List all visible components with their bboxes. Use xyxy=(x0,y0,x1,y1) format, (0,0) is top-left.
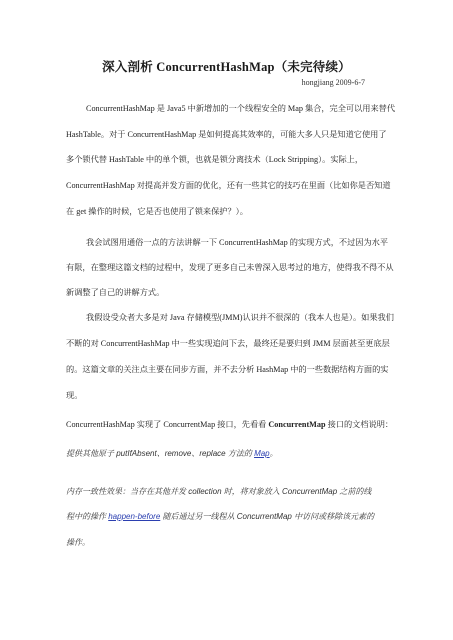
paragraph-2-line-1: 我会试图用通俗一点的方法讲解一下 ConcurrentHashMap 的实现方式… xyxy=(86,237,408,249)
paragraph-3-line-1: 我假设受众者大多是对 Java 存储模型(JMM)认识并不很深的（我本人也是）。… xyxy=(86,312,408,324)
quote-2-suffix: 随后通过另一线程从 ConcurrentMap 中访问或移除该元素的 xyxy=(160,512,374,521)
paragraph-3-line-4: 现。 xyxy=(66,390,388,402)
quote-1-text: 提供其他原子 putIfAbsent、remove、replace 方法的 xyxy=(66,449,254,458)
interface-intro-prefix: ConcurrentHashMap 实现了 ConcurrentMap 接口，先… xyxy=(66,420,268,429)
paragraph-2-line-3: 新调整了自己的讲解方式。 xyxy=(66,287,388,299)
quote-2-prefix: 程中的操作 xyxy=(66,512,108,521)
document-title: 深入剖析 ConcurrentHashMap（未完待续） xyxy=(0,57,453,75)
quote-1: 提供其他原子 putIfAbsent、remove、replace 方法的 Ma… xyxy=(66,448,388,460)
interface-intro: ConcurrentHashMap 实现了 ConcurrentMap 接口，先… xyxy=(66,419,388,431)
happen-before-link[interactable]: happen-before xyxy=(108,512,160,521)
paragraph-1-line-2: HashTable。对于 ConcurrentHashMap 是如何提高其效率的… xyxy=(66,129,388,141)
paragraph-1-line-4: ConcurrentHashMap 对提高并发方面的优化，还有一些其它的技巧在里… xyxy=(66,180,388,192)
document-page: 深入剖析 ConcurrentHashMap（未完待续） hongjiang 2… xyxy=(0,0,453,640)
paragraph-1-line-1: ConcurrentHashMap 是 Java5 中新增加的一个线程安全的 M… xyxy=(86,103,408,115)
paragraph-1-line-5: 在 get 操作的时候，它是否也使用了锁来保护？）。 xyxy=(66,206,388,218)
paragraph-1-line-3: 多个锁代替 HashTable 中的单个锁，也就是锁分离技术（Lock Stri… xyxy=(66,154,388,166)
paragraph-3-line-2: 不断的对 ConcurrentHashMap 中一些实现追问下去，最终还是要归到… xyxy=(66,338,388,350)
interface-intro-suffix: 接口的文档说明： xyxy=(326,420,394,429)
quote-2-line-2: 程中的操作 happen-before 随后通过另一线程从 Concurrent… xyxy=(66,511,388,523)
paragraph-3-line-3: 的。这篇文章的关注点主要在同步方面，并不去分析 HashMap 中的一些数据结构… xyxy=(66,364,388,376)
interface-name-bold: ConcurrentMap xyxy=(268,420,325,429)
author-date: hongjiang 2009-6-7 xyxy=(302,78,365,87)
quote-2-line-3: 操作。 xyxy=(66,537,388,549)
paragraph-2-line-2: 有限，在整理这篇文档的过程中，发现了更多自己未曾深入思考过的地方，使得我不得不从 xyxy=(66,262,388,274)
quote-1-end: 。 xyxy=(270,449,278,458)
map-link[interactable]: Map xyxy=(254,449,270,458)
quote-2-line-1: 内存一致性效果：当存在其他并发 collection 时，将对象放入 Concu… xyxy=(66,486,388,498)
